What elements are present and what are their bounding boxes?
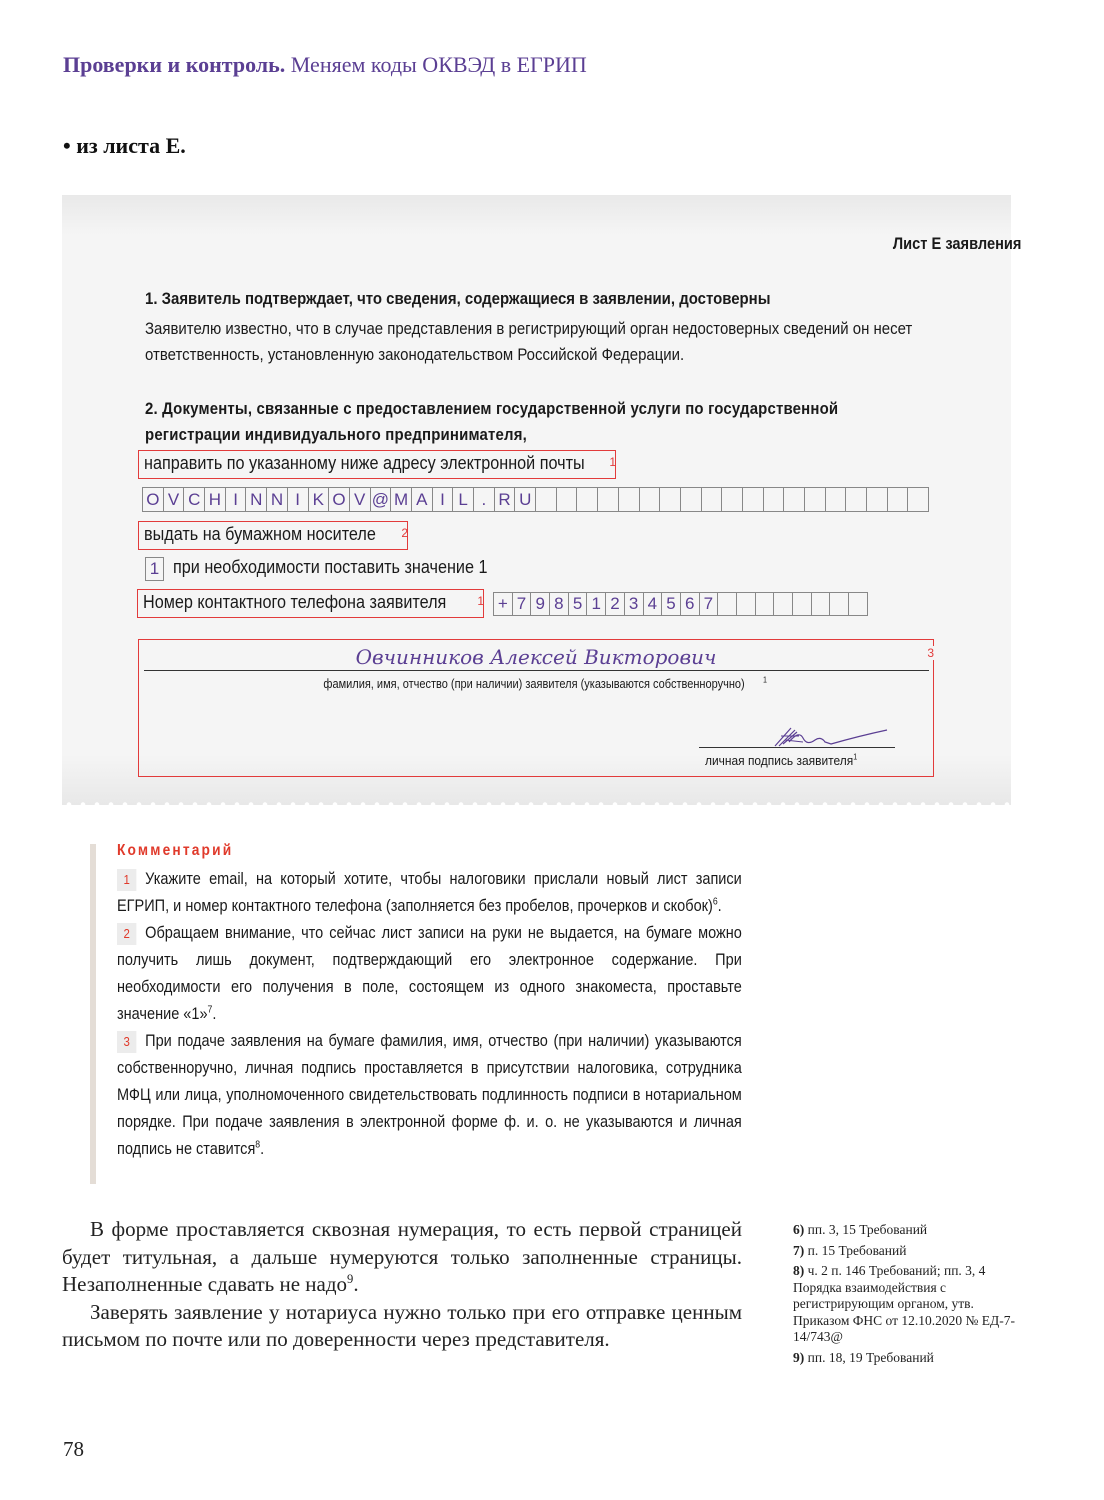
- signature-underline: [699, 747, 895, 748]
- char-cell: [849, 592, 868, 616]
- char-cell: [826, 487, 847, 512]
- char-cell: @: [371, 487, 392, 512]
- body-paragraph: Заверять заявление у нотариуса нужно тол…: [62, 1299, 742, 1354]
- char-cell: [888, 487, 909, 512]
- char-cell: [830, 592, 849, 616]
- char-cell: [557, 487, 578, 512]
- char-cell: [681, 487, 702, 512]
- footnote: 9) пп. 18, 19 Требований: [793, 1350, 1033, 1367]
- comment-title: Комментарий: [117, 842, 233, 860]
- header-title: Меняем коды ОКВЭД в ЕГРИП: [291, 52, 587, 77]
- comment-list: 1Укажите email, на который хотите, чтобы…: [117, 866, 742, 1163]
- comment-number-badge: 3: [117, 1031, 136, 1053]
- char-cell: 7: [513, 592, 532, 616]
- char-cell: [619, 487, 640, 512]
- char-cell: 6: [681, 592, 700, 616]
- char-cell: O: [329, 487, 350, 512]
- footnote: 7) п. 15 Требований: [793, 1243, 1033, 1260]
- char-cell: O: [143, 487, 164, 512]
- char-cell: [867, 487, 888, 512]
- phone-option-box: Номер контактного телефона заявителя 1: [137, 589, 484, 618]
- char-cell: [846, 487, 867, 512]
- phone-option-label: Номер контактного телефона заявителя: [143, 592, 446, 613]
- footnote: 6) пп. 3, 15 Требований: [793, 1222, 1033, 1239]
- char-cell: [774, 592, 793, 616]
- char-cell: [784, 487, 805, 512]
- section1-title: 1. Заявитель подтверждает, что сведения,…: [145, 289, 770, 309]
- comment-item: 2Обращаем внимание, что сейчас лист запи…: [117, 920, 742, 1028]
- phone-option-marker: 1: [477, 594, 484, 608]
- char-cell: K: [309, 487, 330, 512]
- char-cell: [812, 592, 831, 616]
- char-cell: [722, 487, 743, 512]
- email-option-box: направить по указанному ниже адресу элек…: [138, 450, 616, 479]
- footnote: 8) ч. 2 п. 146 Требований; пп. 3, 4 Поря…: [793, 1263, 1033, 1346]
- sheet-title: Лист Е заявления: [892, 234, 1021, 254]
- phone-field[interactable]: +79851234567: [493, 592, 868, 616]
- section2-title: 2. Документы, связанные с предоставление…: [145, 396, 932, 448]
- comment-item: 3При подаче заявления на бумаге фамилия,…: [117, 1028, 742, 1163]
- body-paragraph: В форме проставляется сквозная нумерация…: [62, 1216, 742, 1299]
- char-cell: [743, 487, 764, 512]
- paper-copy-note: при необходимости поставить значение 1: [173, 557, 487, 578]
- email-field[interactable]: OVCHINNIKOV@MAIL.RU: [142, 487, 929, 512]
- char-cell: R: [495, 487, 516, 512]
- char-cell: [764, 487, 785, 512]
- char-cell: 2: [606, 592, 625, 616]
- char-cell: +: [494, 592, 513, 616]
- char-cell: 9: [531, 592, 550, 616]
- fio-caption: фамилия, имя, отчество (при наличии) зая…: [139, 676, 933, 691]
- char-cell: [660, 487, 681, 512]
- comment-number-badge: 2: [117, 923, 136, 945]
- email-option-label: направить по указанному ниже адресу элек…: [144, 453, 585, 474]
- char-cell: V: [164, 487, 185, 512]
- char-cell: 1: [587, 592, 606, 616]
- signature-box: 3 Овчинников Алексей Викторович фамилия,…: [138, 639, 934, 777]
- comment-side-bar: [90, 844, 96, 1184]
- char-cell: [737, 592, 756, 616]
- char-cell: [756, 592, 775, 616]
- char-cell: 5: [569, 592, 588, 616]
- paper-copy-field[interactable]: 1: [145, 557, 164, 581]
- char-cell: V: [350, 487, 371, 512]
- char-cell: 7: [700, 592, 719, 616]
- bullet-heading: • из листа Е.: [63, 133, 186, 159]
- char-cell: [908, 487, 929, 512]
- fio-underline: [144, 670, 929, 671]
- char-cell: [702, 487, 723, 512]
- char-cell: 5: [662, 592, 681, 616]
- char-cell: 4: [644, 592, 663, 616]
- header-section: Проверки и контроль.: [63, 52, 285, 77]
- char-cell: H: [205, 487, 226, 512]
- char-cell: [536, 487, 557, 512]
- char-cell: 8: [550, 592, 569, 616]
- perforated-edge-bottom: [62, 802, 1011, 807]
- char-cell: [793, 592, 812, 616]
- char-cell: [598, 487, 619, 512]
- char-cell: L: [453, 487, 474, 512]
- signature-caption: личная подпись заявителя1: [705, 753, 857, 768]
- char-cell: M: [391, 487, 412, 512]
- char-cell: A: [412, 487, 433, 512]
- char-cell: I: [288, 487, 309, 512]
- comment-number-badge: 1: [117, 869, 136, 891]
- char-cell: N: [267, 487, 288, 512]
- char-cell: U: [515, 487, 536, 512]
- paper-option-marker: 2: [401, 526, 408, 540]
- char-cell: [718, 592, 737, 616]
- char-cell: I: [226, 487, 247, 512]
- footnotes: 6) пп. 3, 15 Требований7) п. 15 Требован…: [793, 1222, 1033, 1370]
- paper-option-label: выдать на бумажном носителе: [144, 524, 376, 545]
- char-cell: I: [433, 487, 454, 512]
- char-cell: 3: [625, 592, 644, 616]
- body-text: В форме проставляется сквозная нумерация…: [62, 1216, 742, 1354]
- email-option-marker: 1: [609, 455, 616, 469]
- section1-text: Заявителю известно, что в случае предста…: [145, 316, 937, 368]
- page-number: 78: [63, 1437, 84, 1462]
- char-cell: .: [474, 487, 495, 512]
- running-header: Проверки и контроль. Меняем коды ОКВЭД в…: [63, 52, 587, 78]
- char-cell: C: [184, 487, 205, 512]
- char-cell: [805, 487, 826, 512]
- fio-handwritten[interactable]: Овчинников Алексей Викторович: [139, 645, 933, 669]
- comment-item: 1Укажите email, на который хотите, чтобы…: [117, 866, 742, 920]
- char-cell: N: [246, 487, 267, 512]
- char-cell: [640, 487, 661, 512]
- paper-option-box: выдать на бумажном носителе 2: [138, 521, 408, 550]
- char-cell: [577, 487, 598, 512]
